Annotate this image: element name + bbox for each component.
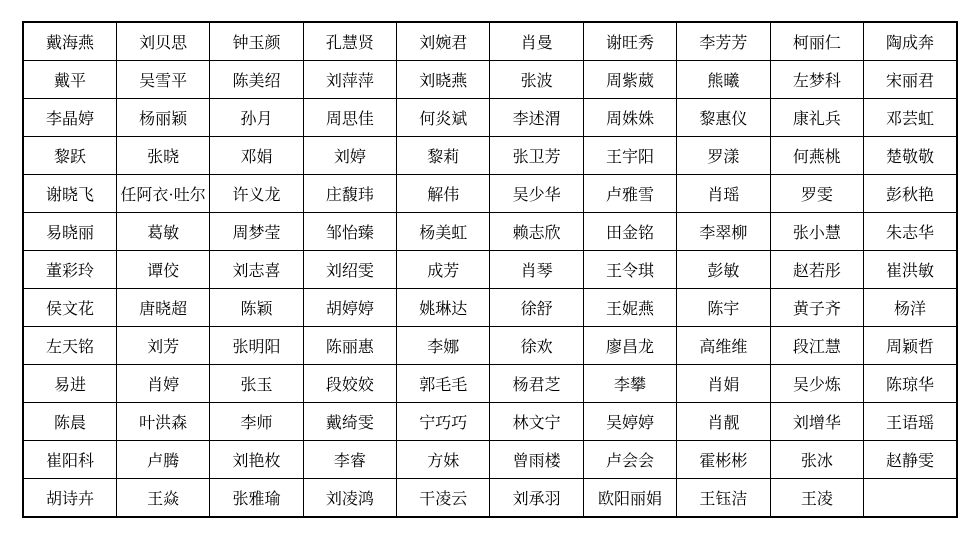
table-row: 易进肖婷张玉段姣姣郭毛毛杨君芝李攀肖娟吴少炼陈琼华 (23, 365, 957, 403)
table-cell[interactable]: 李娜 (397, 327, 490, 365)
table-cell[interactable]: 李攀 (583, 365, 676, 403)
table-cell[interactable]: 霍彬彬 (677, 441, 770, 479)
table-cell[interactable]: 戴绮雯 (303, 403, 396, 441)
table-cell[interactable]: 刘晓燕 (397, 61, 490, 99)
table-cell[interactable]: 陈琼华 (864, 365, 957, 403)
table-cell[interactable]: 王钰洁 (677, 479, 770, 518)
table-cell[interactable]: 崔阳科 (23, 441, 116, 479)
table-cell[interactable]: 成芳 (397, 251, 490, 289)
table-cell[interactable]: 张晓 (116, 137, 209, 175)
table-cell[interactable]: 何燕桃 (770, 137, 863, 175)
table-cell[interactable]: 廖昌龙 (583, 327, 676, 365)
table-cell[interactable]: 张波 (490, 61, 583, 99)
table-cell[interactable]: 张雅瑜 (210, 479, 303, 518)
table-cell[interactable]: 许义龙 (210, 175, 303, 213)
table-cell[interactable]: 周思佳 (303, 99, 396, 137)
table-cell[interactable]: 王令琪 (583, 251, 676, 289)
table-cell[interactable]: 刘婷 (303, 137, 396, 175)
table-cell[interactable]: 康礼兵 (770, 99, 863, 137)
table-cell[interactable]: 钟玉颜 (210, 22, 303, 61)
table-cell[interactable]: 李芳芳 (677, 22, 770, 61)
table-cell[interactable]: 刘艳枚 (210, 441, 303, 479)
table-cell[interactable]: 张小慧 (770, 213, 863, 251)
table-cell[interactable]: 侯文花 (23, 289, 116, 327)
table-row: 黎跃张晓邓娟刘婷黎莉张卫芳王宇阳罗漾何燕桃楚敬敬 (23, 137, 957, 175)
table-cell[interactable]: 邓娟 (210, 137, 303, 175)
table-cell[interactable]: 徐欢 (490, 327, 583, 365)
table-cell[interactable]: 杨美虹 (397, 213, 490, 251)
table-cell[interactable]: 杨君芝 (490, 365, 583, 403)
table-cell[interactable]: 肖娟 (677, 365, 770, 403)
table-cell[interactable]: 吴雪平 (116, 61, 209, 99)
table-cell[interactable]: 刘芳 (116, 327, 209, 365)
table-cell[interactable]: 陶成奔 (864, 22, 957, 61)
table-row: 李晶婷杨丽颖孙月周思佳何炎斌李述渭周姝姝黎惠仪康礼兵邓芸虹 (23, 99, 957, 137)
table-cell[interactable]: 杨丽颖 (116, 99, 209, 137)
table-cell[interactable]: 杨洋 (864, 289, 957, 327)
table-cell[interactable]: 陈丽惠 (303, 327, 396, 365)
table-cell[interactable]: 陈美绍 (210, 61, 303, 99)
table-row: 侯文花唐晓超陈颖胡婷婷姚琳达徐舒王妮燕陈宇黄子齐杨洋 (23, 289, 957, 327)
table-cell[interactable]: 吴少华 (490, 175, 583, 213)
table-row: 左天铭刘芳张明阳陈丽惠李娜徐欢廖昌龙高维维段江慧周颖哲 (23, 327, 957, 365)
table-cell[interactable]: 陈颖 (210, 289, 303, 327)
table-cell[interactable]: 张冰 (770, 441, 863, 479)
table-cell[interactable]: 易进 (23, 365, 116, 403)
table-cell[interactable]: 谢旺秀 (583, 22, 676, 61)
table-cell[interactable]: 吴婷婷 (583, 403, 676, 441)
table-cell[interactable]: 吴少炼 (770, 365, 863, 403)
table-cell[interactable]: 刘萍萍 (303, 61, 396, 99)
table-cell[interactable]: 柯丽仁 (770, 22, 863, 61)
table-cell[interactable]: 戴平 (23, 61, 116, 99)
table-cell[interactable]: 张玉 (210, 365, 303, 403)
table-cell[interactable]: 陈晨 (23, 403, 116, 441)
table-cell[interactable]: 曾雨楼 (490, 441, 583, 479)
table-row: 董彩玲谭佼刘志喜刘绍雯成芳肖琴王令琪彭敏赵若彤崔洪敏 (23, 251, 957, 289)
table-cell[interactable]: 易晓丽 (23, 213, 116, 251)
table-cell[interactable]: 邹怡臻 (303, 213, 396, 251)
table-cell[interactable]: 叶洪森 (116, 403, 209, 441)
table-cell[interactable]: 肖琴 (490, 251, 583, 289)
table-cell[interactable]: 张明阳 (210, 327, 303, 365)
table-cell[interactable]: 卢腾 (116, 441, 209, 479)
table-cell[interactable]: 黎跃 (23, 137, 116, 175)
table-cell[interactable]: 崔洪敏 (864, 251, 957, 289)
table-cell[interactable]: 王焱 (116, 479, 209, 518)
table-cell[interactable]: 肖曼 (490, 22, 583, 61)
table-cell[interactable]: 胡婷婷 (303, 289, 396, 327)
table-cell[interactable]: 卢会会 (583, 441, 676, 479)
table-cell[interactable]: 刘志喜 (210, 251, 303, 289)
table-cell[interactable]: 解伟 (397, 175, 490, 213)
table-cell[interactable]: 刘凌鸿 (303, 479, 396, 518)
table-row: 胡诗卉王焱张雅瑜刘凌鸿干凌云刘承羽欧阳丽娟王钰洁王凌 (23, 479, 957, 518)
table-row: 谢晓飞任阿衣·吐尔许义龙庄馥玮解伟吴少华卢雅雪肖瑶罗雯彭秋艳 (23, 175, 957, 213)
table-cell[interactable]: 郭毛毛 (397, 365, 490, 403)
table-cell[interactable]: 孔慧贤 (303, 22, 396, 61)
table-cell[interactable]: 周颖哲 (864, 327, 957, 365)
table-cell[interactable]: 楚敬敬 (864, 137, 957, 175)
table-cell[interactable]: 陈宇 (677, 289, 770, 327)
table-cell[interactable]: 罗漾 (677, 137, 770, 175)
table-cell[interactable]: 唐晓超 (116, 289, 209, 327)
table-cell[interactable]: 李翠柳 (677, 213, 770, 251)
table-cell[interactable]: 徐舒 (490, 289, 583, 327)
names-table: 戴海燕刘贝思钟玉颜孔慧贤刘婉君肖曼谢旺秀李芳芳柯丽仁陶成奔戴平吴雪平陈美绍刘萍萍… (22, 21, 958, 518)
table-cell[interactable]: 葛敏 (116, 213, 209, 251)
table-cell[interactable]: 宁巧巧 (397, 403, 490, 441)
table-cell[interactable]: 邓芸虹 (864, 99, 957, 137)
table-cell[interactable]: 王凌 (770, 479, 863, 518)
table-cell[interactable] (864, 479, 957, 518)
table-cell[interactable]: 朱志华 (864, 213, 957, 251)
table-cell[interactable]: 王妮燕 (583, 289, 676, 327)
table-cell[interactable]: 刘承羽 (490, 479, 583, 518)
table-cell[interactable]: 张卫芳 (490, 137, 583, 175)
table-cell[interactable]: 左梦科 (770, 61, 863, 99)
table-cell[interactable]: 庄馥玮 (303, 175, 396, 213)
table-cell[interactable]: 高维维 (677, 327, 770, 365)
table-cell[interactable]: 刘增华 (770, 403, 863, 441)
table-cell[interactable]: 罗雯 (770, 175, 863, 213)
table-cell[interactable]: 欧阳丽娟 (583, 479, 676, 518)
names-table-body: 戴海燕刘贝思钟玉颜孔慧贤刘婉君肖曼谢旺秀李芳芳柯丽仁陶成奔戴平吴雪平陈美绍刘萍萍… (23, 22, 957, 517)
table-cell[interactable]: 周紫葳 (583, 61, 676, 99)
table-cell[interactable]: 赵若彤 (770, 251, 863, 289)
table-cell[interactable]: 胡诗卉 (23, 479, 116, 518)
table-cell[interactable]: 刘绍雯 (303, 251, 396, 289)
table-cell[interactable]: 肖瑶 (677, 175, 770, 213)
table-cell[interactable]: 刘贝思 (116, 22, 209, 61)
table-cell[interactable]: 黄子齐 (770, 289, 863, 327)
table-cell[interactable]: 熊曦 (677, 61, 770, 99)
table-cell[interactable]: 段江慧 (770, 327, 863, 365)
table-cell[interactable]: 肖婷 (116, 365, 209, 403)
table-cell[interactable]: 何炎斌 (397, 99, 490, 137)
table-row: 戴海燕刘贝思钟玉颜孔慧贤刘婉君肖曼谢旺秀李芳芳柯丽仁陶成奔 (23, 22, 957, 61)
table-cell[interactable]: 孙月 (210, 99, 303, 137)
table-cell[interactable]: 王宇阳 (583, 137, 676, 175)
table-cell[interactable]: 刘婉君 (397, 22, 490, 61)
table-cell[interactable]: 赖志欣 (490, 213, 583, 251)
table-cell[interactable]: 干凌云 (397, 479, 490, 518)
table-cell[interactable]: 周姝姝 (583, 99, 676, 137)
table-cell[interactable]: 林文宁 (490, 403, 583, 441)
table-row: 易晓丽葛敏周梦莹邹怡臻杨美虹赖志欣田金铭李翠柳张小慧朱志华 (23, 213, 957, 251)
table-cell[interactable]: 谭佼 (116, 251, 209, 289)
document-page: 戴海燕刘贝思钟玉颜孔慧贤刘婉君肖曼谢旺秀李芳芳柯丽仁陶成奔戴平吴雪平陈美绍刘萍萍… (0, 0, 977, 533)
table-cell[interactable]: 方妹 (397, 441, 490, 479)
table-cell[interactable]: 谢晓飞 (23, 175, 116, 213)
table-cell[interactable]: 段姣姣 (303, 365, 396, 403)
table-cell[interactable]: 黎惠仪 (677, 99, 770, 137)
table-cell[interactable]: 李晶婷 (23, 99, 116, 137)
table-cell[interactable]: 卢雅雪 (583, 175, 676, 213)
table-row: 崔阳科卢腾刘艳枚李睿方妹曾雨楼卢会会霍彬彬张冰赵静雯 (23, 441, 957, 479)
table-cell[interactable]: 周梦莹 (210, 213, 303, 251)
table-cell[interactable]: 田金铭 (583, 213, 676, 251)
table-cell[interactable]: 宋丽君 (864, 61, 957, 99)
table-cell[interactable]: 任阿衣·吐尔 (116, 175, 209, 213)
table-cell[interactable]: 彭敏 (677, 251, 770, 289)
table-cell[interactable]: 肖靓 (677, 403, 770, 441)
table-cell[interactable]: 彭秋艳 (864, 175, 957, 213)
table-cell[interactable]: 董彩玲 (23, 251, 116, 289)
table-cell[interactable]: 左天铭 (23, 327, 116, 365)
table-cell[interactable]: 姚琳达 (397, 289, 490, 327)
table-cell[interactable]: 李师 (210, 403, 303, 441)
table-cell[interactable]: 李述渭 (490, 99, 583, 137)
table-row: 陈晨叶洪森李师戴绮雯宁巧巧林文宁吴婷婷肖靓刘增华王语瑶 (23, 403, 957, 441)
table-cell[interactable]: 王语瑶 (864, 403, 957, 441)
table-cell[interactable]: 戴海燕 (23, 22, 116, 61)
table-row: 戴平吴雪平陈美绍刘萍萍刘晓燕张波周紫葳熊曦左梦科宋丽君 (23, 61, 957, 99)
table-cell[interactable]: 赵静雯 (864, 441, 957, 479)
table-cell[interactable]: 李睿 (303, 441, 396, 479)
table-cell[interactable]: 黎莉 (397, 137, 490, 175)
